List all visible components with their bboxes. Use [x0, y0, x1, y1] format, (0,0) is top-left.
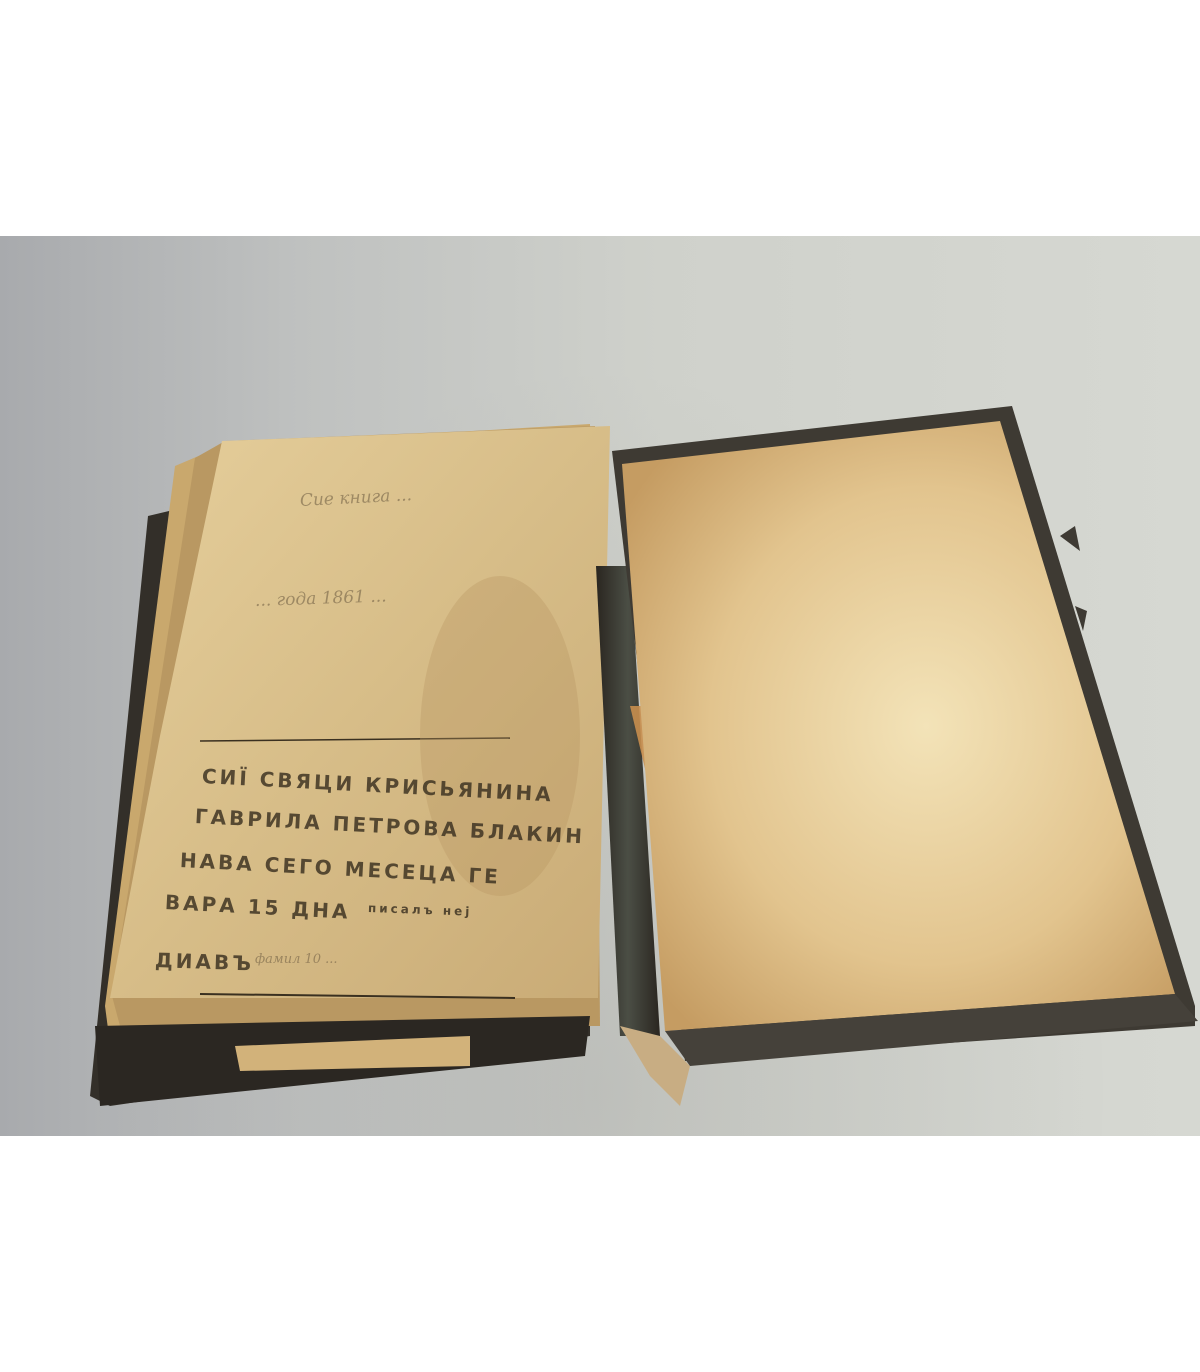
right-page	[622, 421, 1175, 1031]
small-note-2: фамил 10 ...	[255, 952, 338, 967]
book-photograph: Сие книга ... ... года 1861 ... СИЇ СВЯЦ…	[0, 236, 1200, 1136]
open-book-illustration	[0, 236, 1200, 1136]
inscription-line-5: ДИАВЪ	[155, 948, 255, 975]
